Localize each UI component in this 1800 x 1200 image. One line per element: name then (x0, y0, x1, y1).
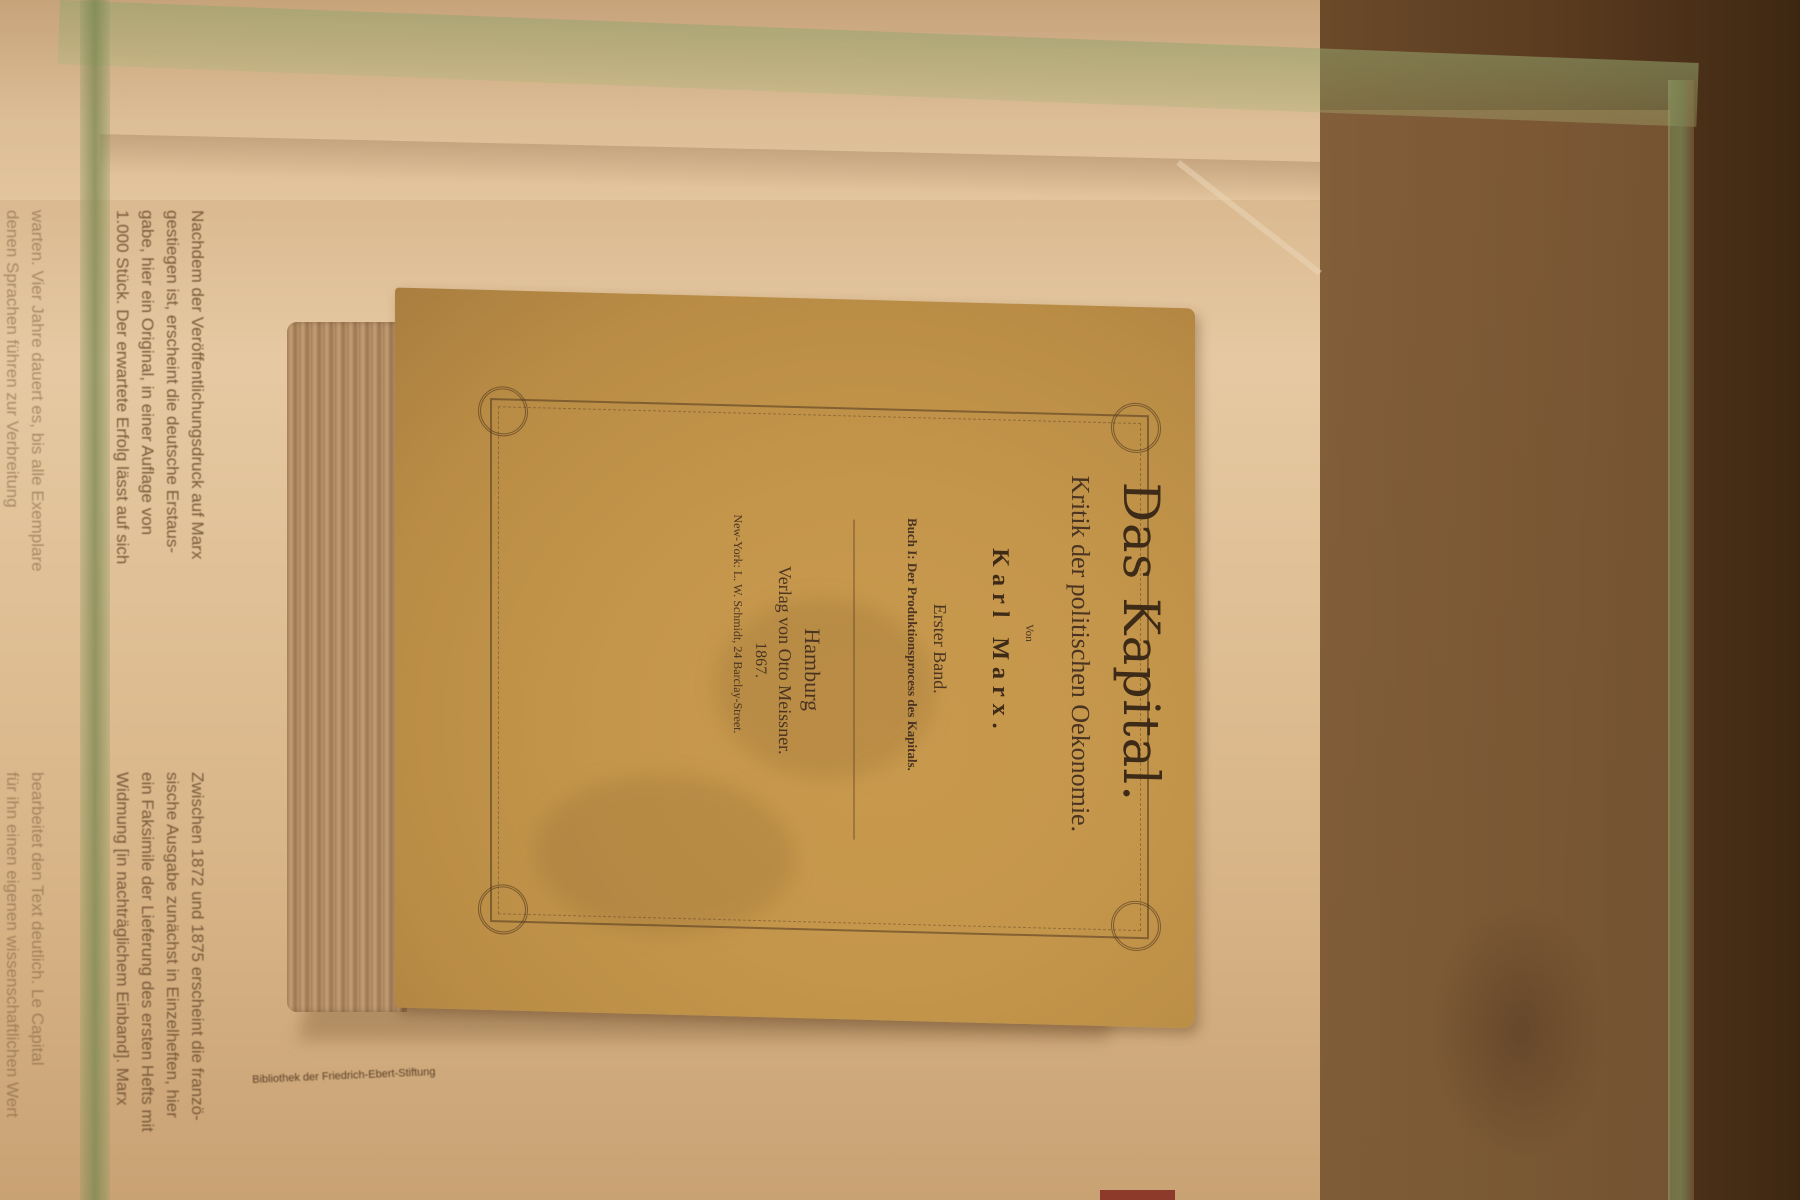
label-text-column-2: Zwischen 1872 und 1875 erscheint die fra… (110, 772, 210, 1132)
label-line: 1.000 Stück. Der erwartete Erfolg lässt … (110, 210, 135, 564)
publication-city: Hamburg (799, 628, 825, 711)
book-part: Buch I: Der Produktionsprocess des Kapit… (904, 518, 920, 771)
label-line: Widmung [in nachträglichem Einband]. Mar… (110, 772, 135, 1132)
label-line: Nachdem der Veröffentlichungsdruck auf M… (185, 210, 210, 564)
divider-rule (853, 520, 855, 840)
label-text-back-column-1: warten. Vier Jahre dauert es, bis alle E… (0, 210, 50, 572)
book-volume: Erster Band. (929, 604, 950, 695)
label-line: für ihn einen eigenen wissenschaftlichen… (0, 772, 25, 1118)
new-york-distributor: New-York: L. W. Schmidt, 24 Barclay-Stre… (730, 514, 745, 733)
label-line: bearbeitet den Text deutlich. Le Capital (25, 772, 50, 1118)
publication-year: 1867. (751, 642, 769, 678)
label-line: warten. Vier Jahre dauert es, bis alle E… (25, 210, 50, 572)
glass-front-edge (80, 0, 110, 1200)
corner-ornament-icon (478, 386, 528, 437)
label-text-back-column-2: bearbeitet den Text deutlich. Le Capital… (0, 772, 50, 1118)
label-text-column-1: Nachdem der Veröffentlichungsdruck auf M… (110, 210, 210, 564)
book-subtitle: Kritik der politischen Oekonomie. (1065, 475, 1095, 832)
book-author: Karl Marx. (986, 548, 1013, 736)
glass-corner-edge (1668, 80, 1694, 1200)
display-case-photo: warten. Vier Jahre dauert es, bis alle E… (0, 0, 1800, 1200)
by-label: Von (1023, 624, 1035, 642)
corner-ornament-icon (478, 884, 528, 935)
book-title: Das Kapital. (1112, 481, 1170, 803)
label-line: Zwischen 1872 und 1875 erscheint die fra… (185, 772, 210, 1132)
label-line: ein Faksimile der Lieferung des ersten H… (135, 772, 160, 1132)
publisher: Verlag von Otto Meissner. (774, 565, 795, 755)
label-line: gabe, hier ein Original, in einer Auflag… (135, 210, 160, 564)
corner-ornament-icon (1111, 402, 1161, 453)
visitor-reflection (1430, 900, 1610, 1160)
label-line: denen Sprachen führen zur Verbreitung (0, 210, 25, 572)
label-line: gestiegen ist, erscheint die deutsche Er… (160, 210, 185, 564)
book-page-edges (287, 322, 407, 1012)
red-object-edge (1100, 1190, 1175, 1200)
label-line: sische Ausgabe zunächst in Einzelheften,… (160, 772, 185, 1132)
book-cover: Das Kapital. Kritik der politischen Oeko… (395, 288, 1195, 1029)
book: Das Kapital. Kritik der politischen Oeko… (287, 298, 1192, 1018)
corner-ornament-icon (1111, 900, 1161, 951)
